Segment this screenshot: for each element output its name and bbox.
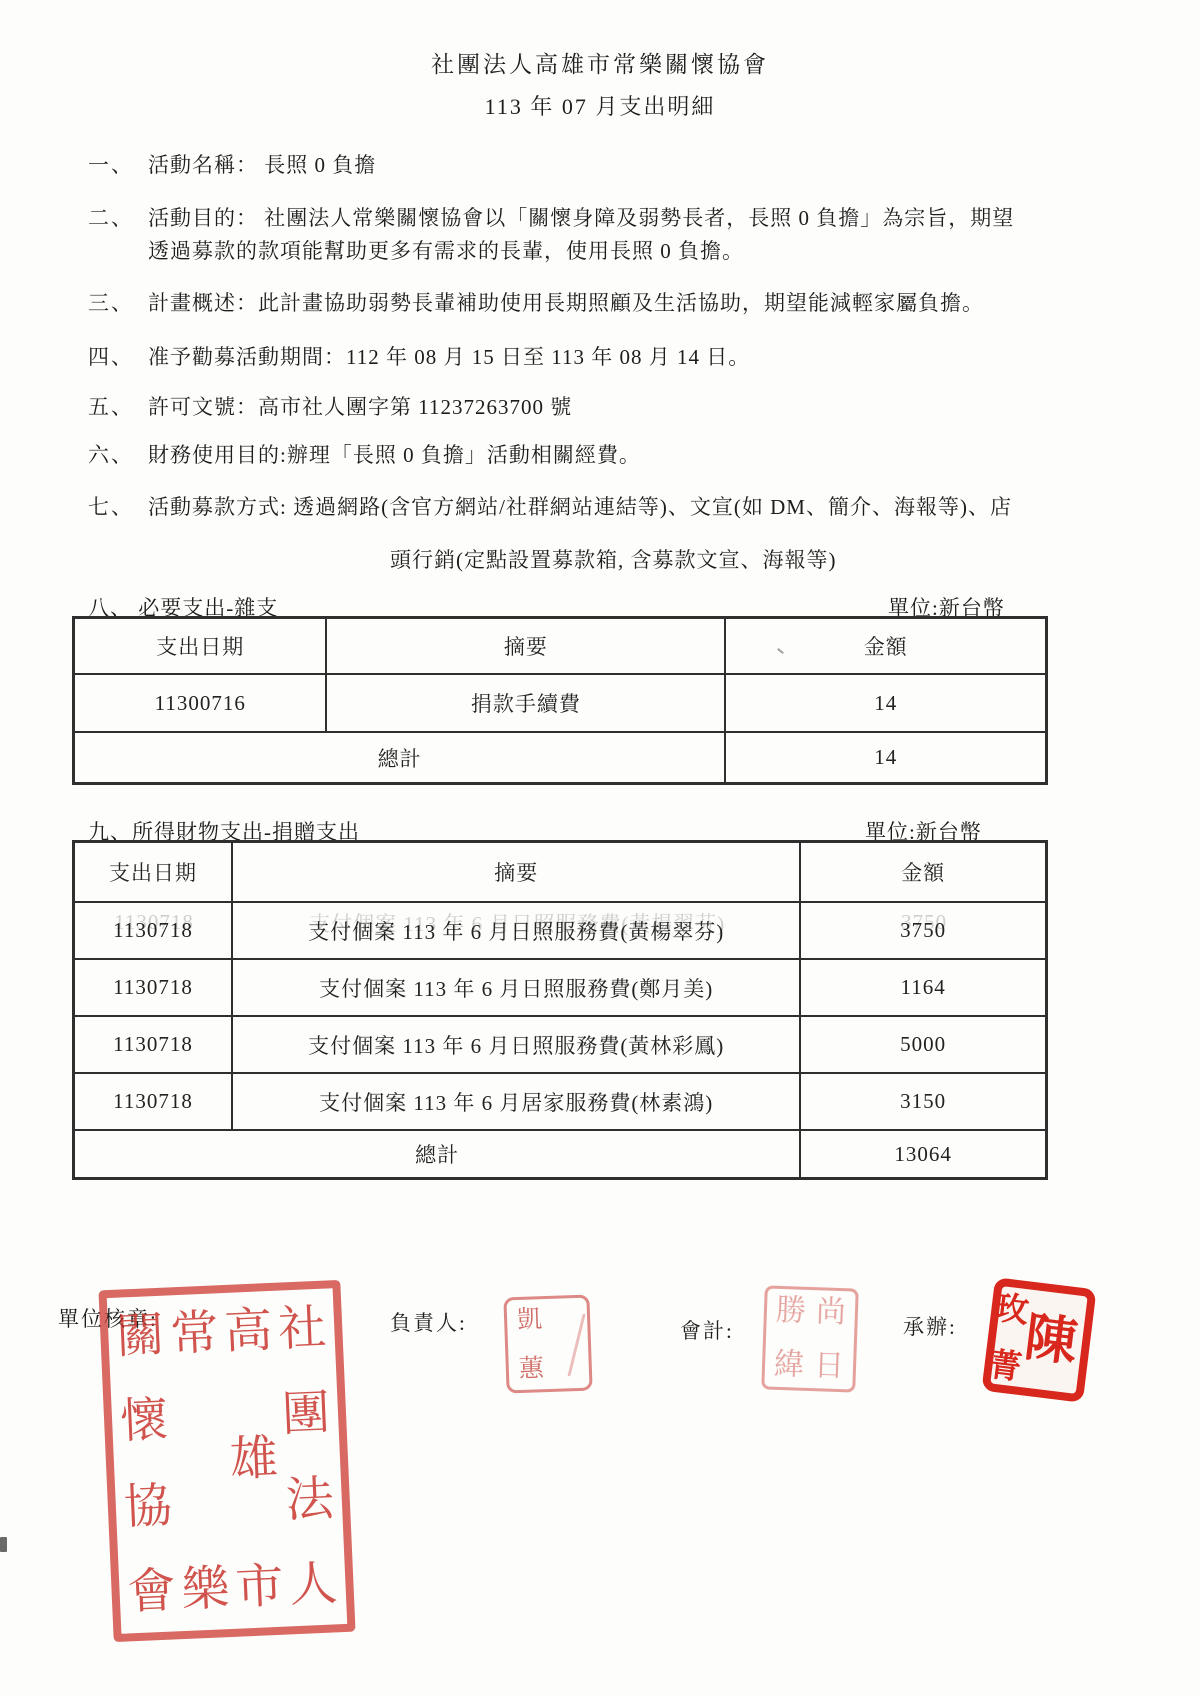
table-header-row: 支出日期 摘要 金額 (74, 842, 1047, 903)
seal-column: 陳 (1020, 1294, 1083, 1390)
table-total-row: 總計 13064 (74, 1130, 1047, 1179)
cell-date: 11300716 (74, 674, 327, 732)
unit-seal-stamp: 社團法人 高雄市 常樂 關懷協會 (98, 1280, 355, 1642)
seal-column: 關懷協會 (115, 1312, 176, 1618)
item-number: 五、 (88, 391, 134, 421)
cell-amount: 14 (725, 674, 1046, 732)
item-text: 准予勸募活動期間：112 年 08 月 15 日至 113 年 08 月 14 … (148, 341, 1053, 374)
accountant-label: 會計: (680, 1315, 734, 1345)
cell-date: 1130718 (74, 959, 233, 1016)
page-title: 社團法人高雄市常樂關懷協會 (0, 46, 1200, 79)
header-amount: 金額 (800, 842, 1046, 903)
item-number: 三、 (88, 287, 134, 317)
table-header-row: 支出日期 摘要 金額 (74, 618, 1047, 675)
item-text: 財務使用目的:辦理「長照 0 負擔」活動相關經費。 (148, 439, 1053, 472)
cell-summary: 支付個案 113 年 6 月日照服務費(黃林彩鳳) (232, 1016, 800, 1073)
table-row: 1130718 支付個案 113 年 6 月日照服務費(黃林彩鳳) 5000 (74, 1016, 1047, 1073)
item-number: 六、 (88, 439, 134, 469)
cell-summary: 支付個案 113 年 6 月居家服務費(林素鴻) (232, 1073, 800, 1130)
responsible-person-label: 負責人: (390, 1307, 467, 1337)
item-text: 活動目的： 社團法人常樂關懷協會以「關懷身障及弱勢長者，長照 0 負擔」為宗旨，… (148, 202, 1053, 235)
table-row: 11300716 捐款手續費 14 (74, 674, 1047, 732)
seal-column: 常樂 (169, 1309, 230, 1615)
clerk-label: 承辦: (903, 1311, 957, 1341)
item-number: 四、 (88, 341, 134, 371)
seal-column: 高雄市 (223, 1307, 284, 1613)
total-amount: 14 (725, 732, 1046, 784)
cell-amount: 3150 (800, 1073, 1046, 1130)
item-number: 一、 (88, 149, 134, 179)
scanned-document-page: 社團法人高雄市常樂關懷協會 113 年 07 月支出明細 一、 活動名稱： 長照… (0, 0, 1200, 1696)
cell-date: 1130718 (74, 1016, 233, 1073)
cell-amount: 3750 (800, 902, 1046, 959)
item-number: 二、 (88, 202, 134, 232)
header-summary: 摘要 (326, 618, 725, 675)
donation-expense-table: 支出日期 摘要 金額 1130718 支付個案 113 年 6 月日照服務費(黃… (72, 840, 1048, 1180)
clerk-seal-stamp: 陳 玫菁 (981, 1277, 1096, 1403)
total-label: 總計 (74, 732, 726, 784)
table-row: 1130718 支付個案 113 年 6 月日照服務費(鄭月美) 1164 (74, 959, 1047, 1016)
accountant-seal-stamp: 尚日 勝緯 (761, 1285, 859, 1392)
item-text-line2: 透過募款的款項能幫助更多有需求的長輩，使用長照 0 負擔。 (148, 235, 1053, 268)
item-number: 七、 (88, 491, 134, 521)
cell-date: 1130718 (74, 902, 233, 959)
table-total-row: 總計 14 (74, 732, 1047, 784)
cell-summary: 支付個案 113 年 6 月日照服務費(黃楊翠芬) (232, 902, 800, 959)
responsible-seal-stamp: 凱蕙 (503, 1295, 592, 1394)
seal-column: 社團法人 (277, 1305, 338, 1611)
cell-date: 1130718 (74, 1073, 233, 1130)
header-summary: 摘要 (232, 842, 800, 903)
seal-column: 凱蕙 (517, 1307, 545, 1382)
header-amount-text: 金額 (864, 635, 908, 659)
header-expense-date: 支出日期 (74, 842, 233, 903)
cell-summary: 支付個案 113 年 6 月日照服務費(鄭月美) (232, 959, 800, 1016)
cell-amount: 1164 (800, 959, 1046, 1016)
item-text: 活動募款方式: 透過網路(含官方網站/社群網站連結等)、文宣(如 DM、簡介、海… (148, 491, 1053, 524)
table-row: 1130718 支付個案 113 年 6 月日照服務費(黃楊翠芬) 3750 (74, 902, 1047, 959)
cell-summary: 捐款手續費 (326, 674, 725, 732)
item-text: 許可文號：高市社人團字第 11237263700 號 (148, 391, 1053, 424)
item-text-line2: 頭行銷(定點設置募款箱, 含募款文宣、海報等) (390, 544, 1090, 577)
scan-speck (777, 648, 784, 654)
header-amount: 金額 (725, 618, 1046, 675)
seal-column: 尚日 (814, 1297, 847, 1382)
illegible-strokes (567, 1314, 585, 1377)
scan-artifact (0, 1537, 7, 1552)
item-text: 計畫概述：此計畫協助弱勢長輩補助使用長期照顧及生活協助，期望能減輕家屬負擔。 (148, 287, 1053, 320)
page-subtitle: 113 年 07 月支出明細 (0, 90, 1200, 121)
header-expense-date: 支出日期 (74, 618, 327, 675)
total-label: 總計 (74, 1130, 801, 1179)
table-row: 1130718 支付個案 113 年 6 月居家服務費(林素鴻) 3150 (74, 1073, 1047, 1130)
total-amount: 13064 (800, 1130, 1046, 1179)
item-text: 活動名稱： 長照 0 負擔 (148, 149, 1053, 182)
seal-column: 勝緯 (774, 1296, 807, 1381)
misc-expense-table: 支出日期 摘要 金額 11300716 捐款手續費 14 總計 14 (72, 616, 1048, 785)
cell-amount: 5000 (800, 1016, 1046, 1073)
